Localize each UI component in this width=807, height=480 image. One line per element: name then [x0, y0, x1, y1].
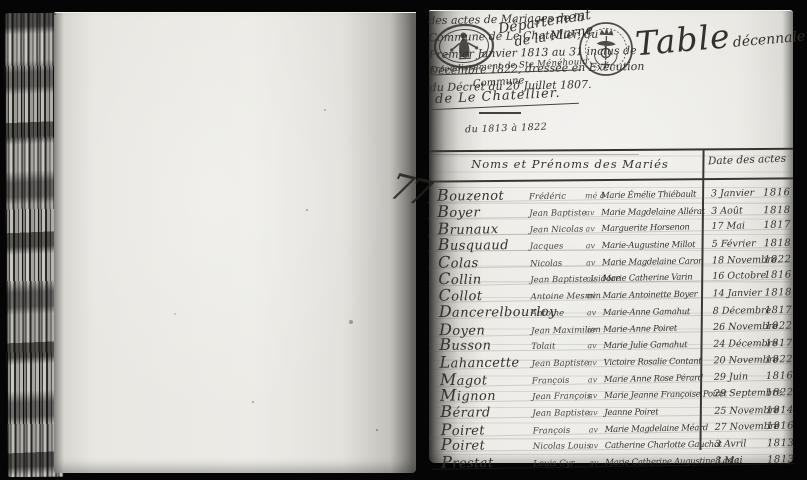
year-range-note: du 1813 à 1822 — [465, 122, 548, 136]
groom-surname: Dancerelbourloy — [439, 301, 531, 321]
groom-surname: Poiret — [441, 434, 533, 454]
act-year: 1822 — [765, 320, 793, 332]
marriage-rows: Bouzenot Frédéric mé à Marie Émélie Thié… — [427, 180, 795, 469]
act-year: 1816 — [763, 187, 791, 198]
groom-given-name: Nicolas Louis — [533, 442, 589, 453]
avec-abbreviation: mé à — [585, 191, 601, 200]
bride-name: Marie-Augustine Millot — [602, 240, 706, 251]
act-date: 29 Juin — [708, 371, 766, 383]
act-date: 5 Février — [706, 238, 764, 250]
act-year: 1817 — [763, 220, 791, 232]
act-date: 24 Décembre — [707, 338, 765, 350]
groom-given-name: Jacques — [530, 241, 586, 252]
paper-speckles — [54, 13, 56, 15]
table-decennale-page: Département de la Marne Arrondissement d… — [429, 10, 793, 463]
act-year: 1813 — [767, 438, 795, 449]
groom-given-name: Louis Cyr — [533, 458, 589, 469]
short-rule — [479, 112, 521, 114]
folio-number-mark: 77 — [386, 166, 433, 215]
act-date: 16 Octobre — [706, 270, 764, 282]
avec-abbreviation: av — [589, 441, 605, 450]
table-row: Busquaud Jacques av Marie-Augustine Mill… — [428, 231, 792, 252]
act-date: 3 Avril — [709, 439, 767, 451]
act-year: 1813 — [767, 454, 795, 465]
act-year: 1818 — [764, 238, 792, 249]
act-date: 8 Mai — [709, 455, 767, 467]
groom-surname: Prestat — [441, 451, 533, 471]
avec-abbreviation: av — [586, 291, 602, 300]
column-header-date: Date des actes — [701, 152, 793, 167]
act-year: 1817 — [765, 338, 793, 349]
avec-abbreviation: av — [588, 408, 604, 417]
act-year: 1816 — [764, 270, 792, 282]
bride-name: Marie Julie Gamahut — [603, 340, 707, 351]
scanned-register-page: 77 Département de la Marne Arrondissemen… — [0, 0, 807, 480]
groom-given-name: François — [532, 375, 588, 386]
table-row: Poiret Nicolas Louis av Catherine Charlo… — [431, 431, 795, 452]
table-top-rule — [429, 148, 793, 153]
avec-abbreviation: av — [589, 458, 605, 467]
title-subtitle: des actes de Mariages de la Commune de L… — [428, 9, 650, 98]
avec-abbreviation: av — [587, 341, 603, 350]
avec-abbreviation: av — [587, 308, 603, 317]
blank-left-page — [54, 12, 416, 473]
groom-surname: Magot — [440, 368, 532, 389]
avec-abbreviation: av — [586, 241, 602, 250]
bride-name: Catherine Charlotte Gauchot — [605, 440, 709, 451]
groom-surname: Busquaud — [438, 234, 530, 254]
groom-given-name: Tolait — [531, 341, 587, 352]
page-title: Tabledécennale — [634, 10, 807, 64]
groom-given-name: Jean Baptiste Isidore — [530, 275, 586, 286]
groom-surname: Collin — [438, 268, 530, 289]
subtitle-line: du Décret du 20 Juillet 1807. — [430, 76, 650, 97]
table-top-rule-faint — [429, 154, 639, 155]
column-header-names: Noms et Prénoms des Mariés — [439, 157, 701, 171]
avec-abbreviation: av — [586, 275, 602, 284]
table-row: Busson Tolait av Marie Julie Gamahut 24 … — [429, 331, 793, 352]
avec-abbreviation: av — [588, 375, 604, 384]
bride-name: Marie Catherine Augustine Lasle — [605, 456, 709, 468]
avec-abbreviation: av — [588, 358, 604, 367]
title-decennale: décennale — [732, 29, 806, 51]
act-year: 1816 — [766, 370, 794, 382]
bride-name: Marie Anne Rose Pérard — [604, 373, 708, 385]
groom-surname: Busson — [439, 334, 531, 354]
act-year: 1816 — [767, 420, 795, 432]
